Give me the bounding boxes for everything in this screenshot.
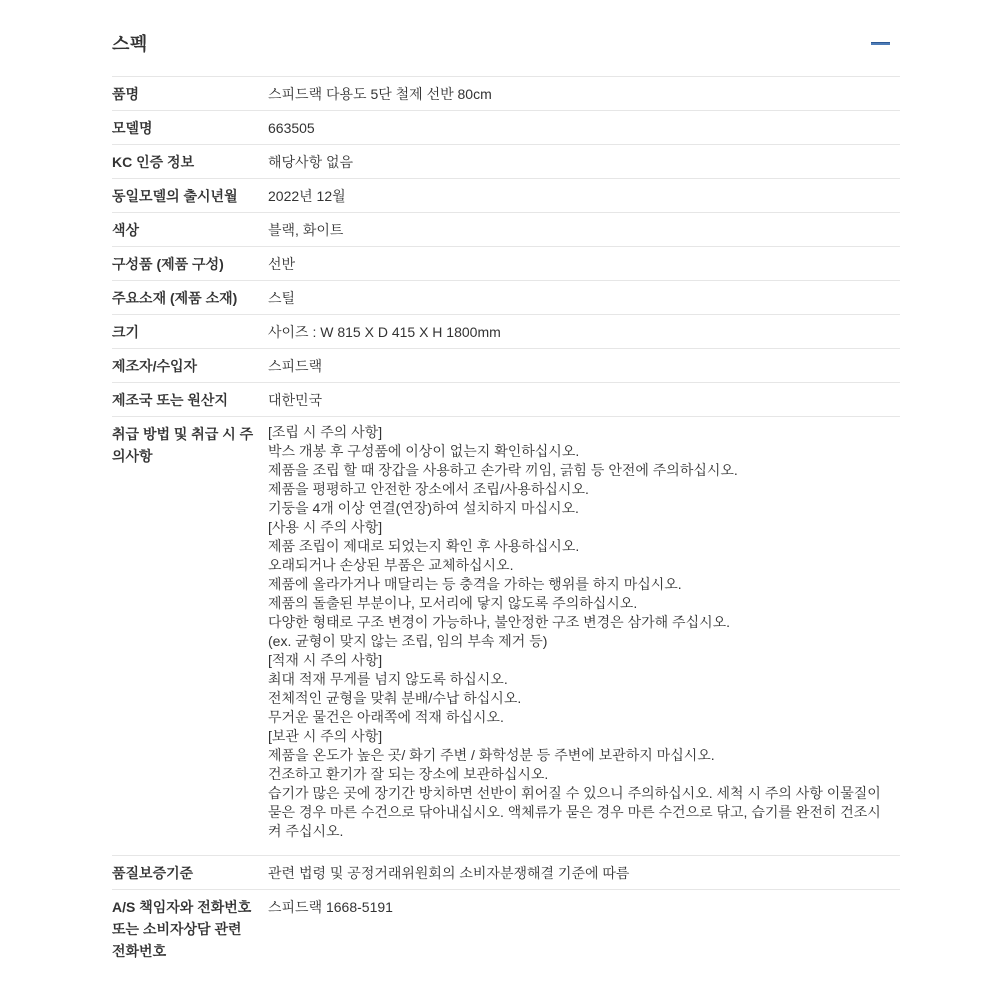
- row-value-line: 박스 개봉 후 구성품에 이상이 없는지 확인하십시오.: [268, 442, 900, 461]
- row-value-line: 제품에 올라가거나 매달리는 등 충격을 가하는 행위를 하지 마십시오.: [268, 575, 900, 594]
- row-value: 해당사항 없음: [268, 151, 900, 173]
- table-row: A/S 책임자와 전화번호 또는 소비자상담 관련 전화번호스피드랙 1668-…: [112, 889, 900, 967]
- row-label: 제조국 또는 원산지: [112, 389, 268, 411]
- row-value-line: 건조하고 환기가 잘 되는 장소에 보관하십시오.: [268, 765, 900, 784]
- row-value: 스피드랙 다용도 5단 철제 선반 80cm: [268, 83, 900, 105]
- row-label: 제조자/수입자: [112, 355, 268, 377]
- table-row: 제조자/수입자스피드랙: [112, 348, 900, 382]
- row-label: 구성품 (제품 구성): [112, 253, 268, 275]
- table-row: 품명스피드랙 다용도 5단 철제 선반 80cm: [112, 76, 900, 110]
- row-value-line: 제품을 평평하고 안전한 장소에서 조립/사용하십시오.: [268, 480, 900, 499]
- spec-table: 품명스피드랙 다용도 5단 철제 선반 80cm모델명663505KC 인증 정…: [112, 76, 900, 967]
- row-value: [조립 시 주의 사항]박스 개봉 후 구성품에 이상이 없는지 확인하십시오.…: [268, 423, 900, 841]
- row-label: 주요소재 (제품 소재): [112, 287, 268, 309]
- row-value: 스틸: [268, 287, 900, 309]
- row-value-line: [사용 시 주의 사항]: [268, 518, 900, 537]
- row-value-line: 제품의 돌출된 부분이나, 모서리에 닿지 않도록 주의하십시오.: [268, 594, 900, 613]
- row-value-line: 최대 적재 무게를 넘지 않도록 하십시오.: [268, 670, 900, 689]
- row-value-line: 제품을 조립 할 때 장갑을 사용하고 손가락 끼임, 긁힘 등 안전에 주의하…: [268, 461, 900, 480]
- row-label: KC 인증 정보: [112, 151, 268, 173]
- table-row: 취급 방법 및 취급 시 주의사항[조립 시 주의 사항]박스 개봉 후 구성품…: [112, 416, 900, 855]
- row-value: 2022년 12월: [268, 185, 900, 207]
- table-row: 구성품 (제품 구성)선반: [112, 246, 900, 280]
- spec-section-header: 스펙: [112, 24, 900, 76]
- row-value-line: 오래되거나 손상된 부품은 교체하십시오.: [268, 556, 900, 575]
- row-value: 블랙, 화이트: [268, 219, 900, 241]
- row-value-line: 제품 조립이 제대로 되었는지 확인 후 사용하십시오.: [268, 537, 900, 556]
- row-value-line: 묻은 경우 마른 수건으로 닦아내십시오. 액체류가 묻은 경우 마른 수건으로…: [268, 803, 900, 822]
- row-label: 크기: [112, 321, 268, 343]
- collapse-section-button[interactable]: [867, 37, 894, 49]
- table-row: KC 인증 정보해당사항 없음: [112, 144, 900, 178]
- table-row: 제조국 또는 원산지대한민국: [112, 382, 900, 416]
- minus-icon: [871, 42, 890, 45]
- row-label: 모델명: [112, 117, 268, 139]
- row-value: 스피드랙 1668-5191: [268, 896, 900, 918]
- row-value-line: (ex. 균형이 맞지 않는 조립, 임의 부속 제거 등): [268, 632, 900, 651]
- row-value: 관련 법령 및 공정거래위원회의 소비자분쟁해결 기준에 따름: [268, 862, 900, 884]
- row-value: 스피드랙: [268, 355, 900, 377]
- row-value-line: [조립 시 주의 사항]: [268, 423, 900, 442]
- row-value-line: 다양한 형태로 구조 변경이 가능하나, 불안정한 구조 변경은 삼가해 주십시…: [268, 613, 900, 632]
- table-row: 품질보증기준관련 법령 및 공정거래위원회의 소비자분쟁해결 기준에 따름: [112, 855, 900, 889]
- row-value-line: 제품을 온도가 높은 곳/ 화기 주변 / 화학성분 등 주변에 보관하지 마십…: [268, 746, 900, 765]
- row-value: 대한민국: [268, 389, 900, 411]
- row-value-line: 습기가 많은 곳에 장기간 방치하면 선반이 휘어질 수 있으니 주의하십시오.…: [268, 784, 900, 803]
- row-value-line: [적재 시 주의 사항]: [268, 651, 900, 670]
- row-label: A/S 책임자와 전화번호 또는 소비자상담 관련 전화번호: [112, 896, 268, 962]
- table-row: 주요소재 (제품 소재)스틸: [112, 280, 900, 314]
- row-label: 색상: [112, 219, 268, 241]
- row-value-line: 켜 주십시오.: [268, 822, 900, 841]
- table-row: 크기사이즈 : W 815 X D 415 X H 1800mm: [112, 314, 900, 348]
- row-value-line: 무거운 물건은 아래쪽에 적재 하십시오.: [268, 708, 900, 727]
- row-value-line: 기둥을 4개 이상 연결(연장)하여 설치하지 마십시오.: [268, 499, 900, 518]
- row-label: 품질보증기준: [112, 862, 268, 884]
- table-row: 동일모델의 출시년월2022년 12월: [112, 178, 900, 212]
- row-value-line: [보관 시 주의 사항]: [268, 727, 900, 746]
- table-row: 색상블랙, 화이트: [112, 212, 900, 246]
- row-value: 663505: [268, 117, 900, 139]
- row-value: 선반: [268, 253, 900, 275]
- row-label: 품명: [112, 83, 268, 105]
- row-value: 사이즈 : W 815 X D 415 X H 1800mm: [268, 321, 900, 343]
- row-label: 취급 방법 및 취급 시 주의사항: [112, 423, 268, 467]
- row-value-line: 전체적인 균형을 맞춰 분배/수납 하십시오.: [268, 689, 900, 708]
- spec-section: 스펙 품명스피드랙 다용도 5단 철제 선반 80cm모델명663505KC 인…: [112, 24, 900, 967]
- spec-section-title: 스펙: [112, 30, 148, 56]
- table-row: 모델명663505: [112, 110, 900, 144]
- row-label: 동일모델의 출시년월: [112, 185, 268, 207]
